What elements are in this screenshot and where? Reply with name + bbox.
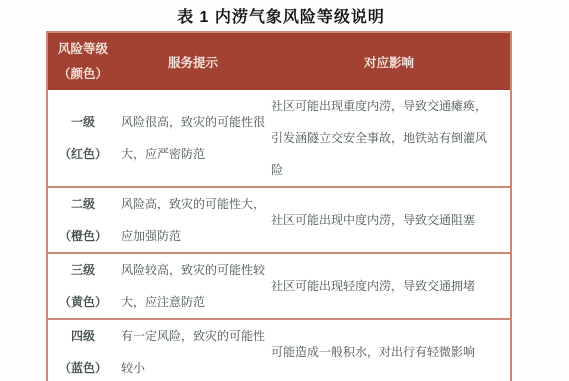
impact-cell: 社区可能出现重度内涝，导致交通瘫痪，引发涵隧立交安全事故，地铁站有倒灌风险 <box>268 90 510 186</box>
impact-cell: 可能造成一般积水，对出行有轻微影响 <box>268 320 510 381</box>
service-tip-text: 风险高，致灾的可能性大，应加强防范 <box>121 188 268 252</box>
service-tip-text: 有一定风险，致灾的可能性较小 <box>121 320 268 381</box>
header-service-tip: 服务提示 <box>118 33 268 90</box>
level-cell: 三级 （黄色） <box>48 254 118 318</box>
level-label: 二级 <box>71 188 95 220</box>
header-risk-level: 风险等级 （颜色） <box>48 33 118 90</box>
impact-text: 可能造成一般积水，对出行有轻微影响 <box>271 336 492 368</box>
document-page: 表 1 内涝气象风险等级说明 风险等级 （颜色） 服务提示 对应影响 一级 （红… <box>0 0 569 381</box>
level-cell: 二级 （橙色） <box>48 188 118 252</box>
service-tip-cell: 风险较高，致灾的可能性较大，应注意防范 <box>118 254 268 318</box>
level-color-label: （红色） <box>59 138 107 170</box>
impact-cell: 社区可能出现中度内涝，导致交通阻塞 <box>268 188 510 252</box>
level-cell: 一级 （红色） <box>48 90 118 186</box>
impact-cell: 社区可能出现轻度内涝，导致交通拥堵 <box>268 254 510 318</box>
header-risk-level-line2: （颜色） <box>58 62 108 87</box>
level-label: 一级 <box>71 106 95 138</box>
level-color-label: （黄色） <box>59 286 107 318</box>
table-caption: 表 1 内涝气象风险等级说明 <box>0 0 562 29</box>
service-tip-cell: 风险高，致灾的可能性大，应加强防范 <box>118 188 268 252</box>
impact-text: 社区可能出现轻度内涝，导致交通拥堵 <box>271 270 492 302</box>
impact-text: 社区可能出现中度内涝，导致交通阻塞 <box>271 204 492 236</box>
header-impact: 对应影响 <box>268 33 510 90</box>
table-row-level-1: 一级 （红色） 风险很高，致灾的可能性很大，应严密防范 社区可能出现重度内涝，导… <box>48 90 510 186</box>
level-color-label: （橙色） <box>59 220 107 252</box>
table-row-level-4: 四级 （蓝色） 有一定风险，致灾的可能性较小 可能造成一般积水，对出行有轻微影响 <box>48 318 510 381</box>
table-row-level-2: 二级 （橙色） 风险高，致灾的可能性大，应加强防范 社区可能出现中度内涝，导致交… <box>48 186 510 252</box>
level-label: 四级 <box>71 320 95 352</box>
level-cell: 四级 （蓝色） <box>48 320 118 381</box>
impact-text: 社区可能出现重度内涝，导致交通瘫痪，引发涵隧立交安全事故，地铁站有倒灌风险 <box>271 90 492 186</box>
table-header-row: 风险等级 （颜色） 服务提示 对应影响 <box>48 33 510 90</box>
service-tip-text: 风险较高，致灾的可能性较大，应注意防范 <box>121 254 268 318</box>
service-tip-text: 风险很高，致灾的可能性很大，应严密防范 <box>121 106 268 170</box>
risk-level-table: 风险等级 （颜色） 服务提示 对应影响 一级 （红色） 风险很高，致灾的可能性很… <box>46 31 512 381</box>
level-label: 三级 <box>71 254 95 286</box>
level-color-label: （蓝色） <box>59 352 107 381</box>
header-risk-level-line1: 风险等级 <box>58 37 108 62</box>
service-tip-cell: 有一定风险，致灾的可能性较小 <box>118 320 268 381</box>
service-tip-cell: 风险很高，致灾的可能性很大，应严密防范 <box>118 90 268 186</box>
table-row-level-3: 三级 （黄色） 风险较高，致灾的可能性较大，应注意防范 社区可能出现轻度内涝，导… <box>48 252 510 318</box>
